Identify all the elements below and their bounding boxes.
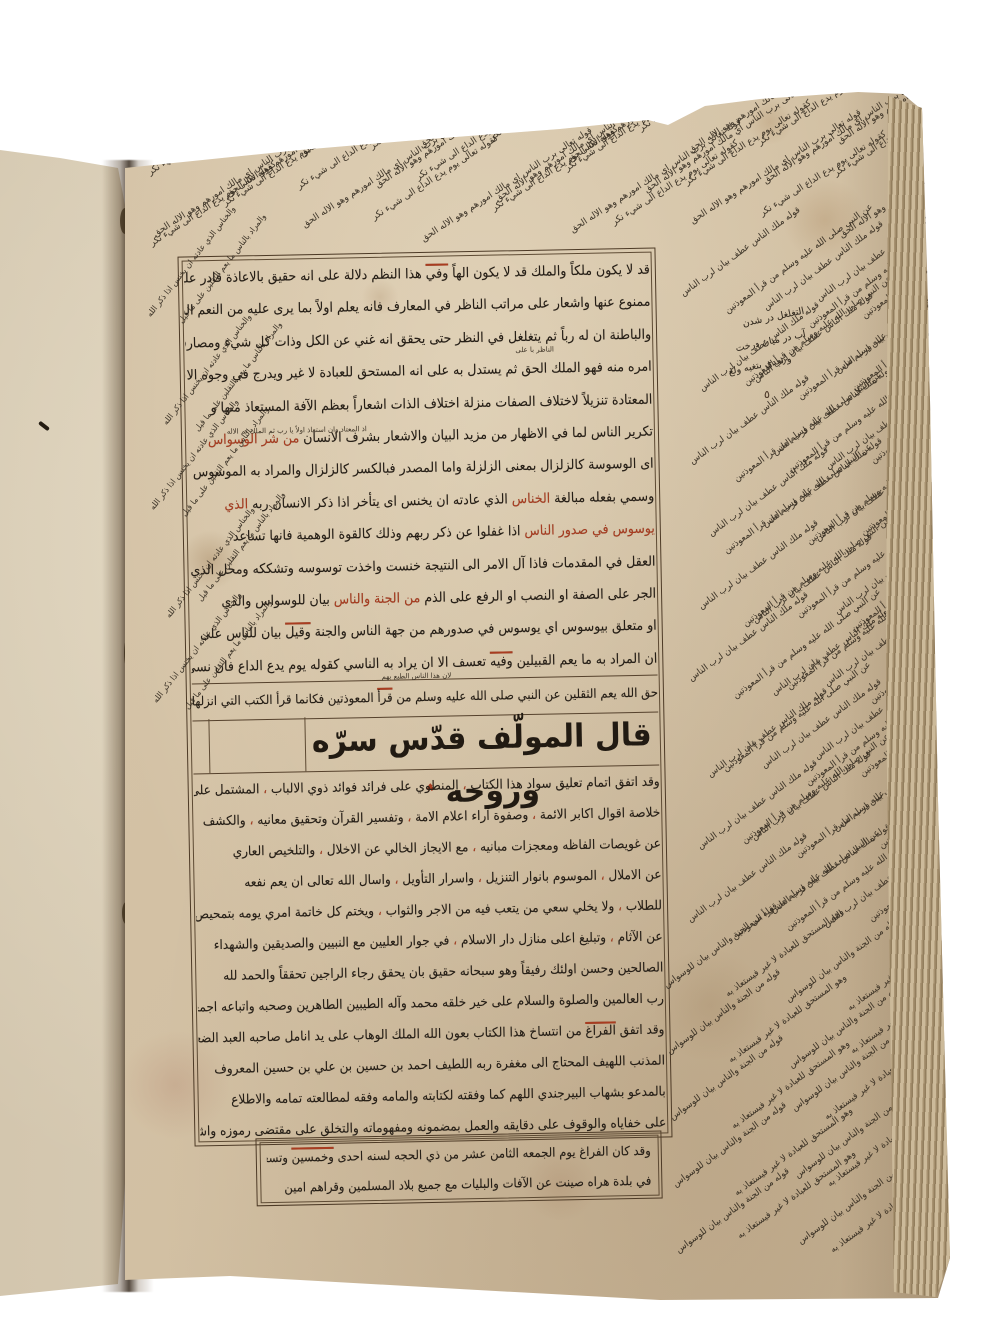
- marginal-gloss-line: كقوله تعالى يوم يدع الداع الى شيء نكر: [220, 48, 350, 137]
- recto-page-shading: [0, 0, 1000, 1343]
- marginal-gloss-line: قوله تعالى برب الناس اي مالك امورهم وهو …: [150, 27, 325, 145]
- recto-page: قد لا يكون ملكاً والملك قد لا يكون الهاً…: [0, 0, 1000, 1343]
- photograph-of-manuscript: { "colors": { "background": "#ffffff", "…: [0, 0, 1000, 1343]
